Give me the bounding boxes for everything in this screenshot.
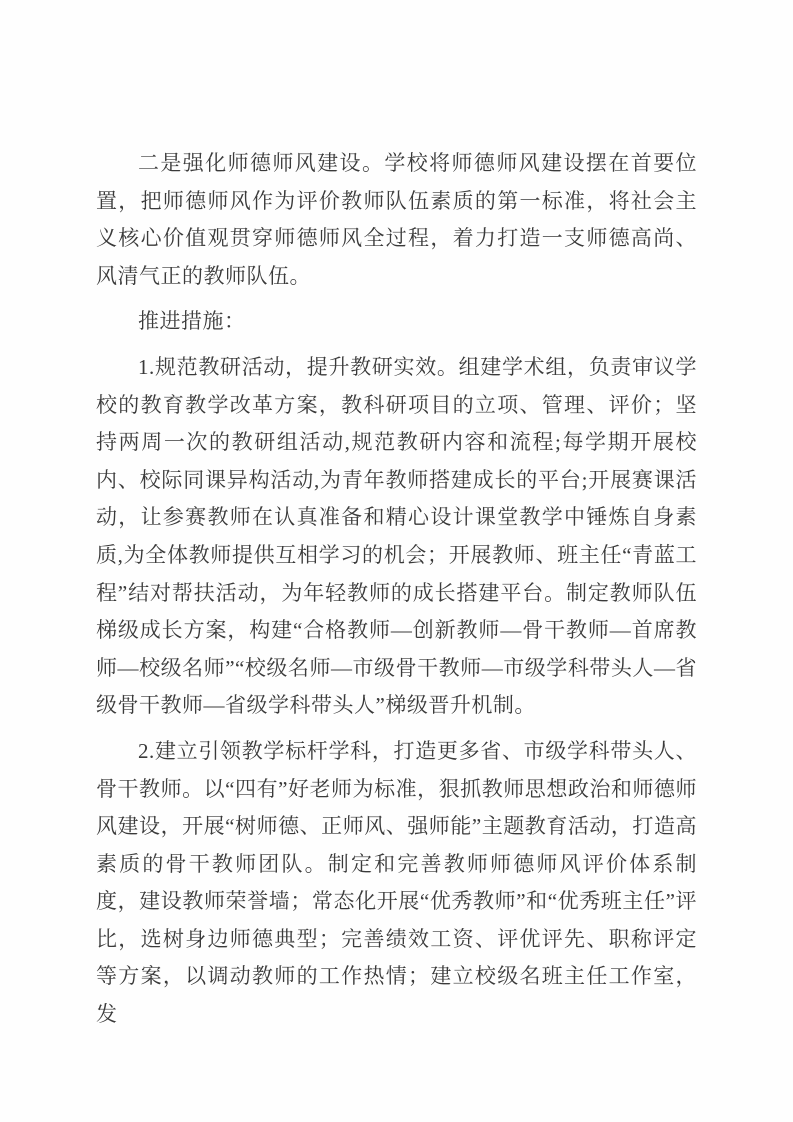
document-page: 二是强化师德师风建设。学校将师德师风建设摆在首要位置，把师德师风作为评价教师队伍… [0, 0, 793, 1122]
paragraph-intro: 二是强化师德师风建设。学校将师德师风建设摆在首要位置，把师德师风作为评价教师队伍… [96, 145, 697, 295]
paragraph-measure-2: 2.建立引领教学标杆学科，打造更多省、市级学科带头人、骨干教师。以“四有”好老师… [96, 733, 697, 1034]
paragraph-measures-heading: 推进措施： [96, 303, 697, 341]
paragraph-measure-1: 1.规范教研活动，提升教研实效。组建学术组，负责审议学校的教育教学改革方案，教科… [96, 349, 697, 725]
